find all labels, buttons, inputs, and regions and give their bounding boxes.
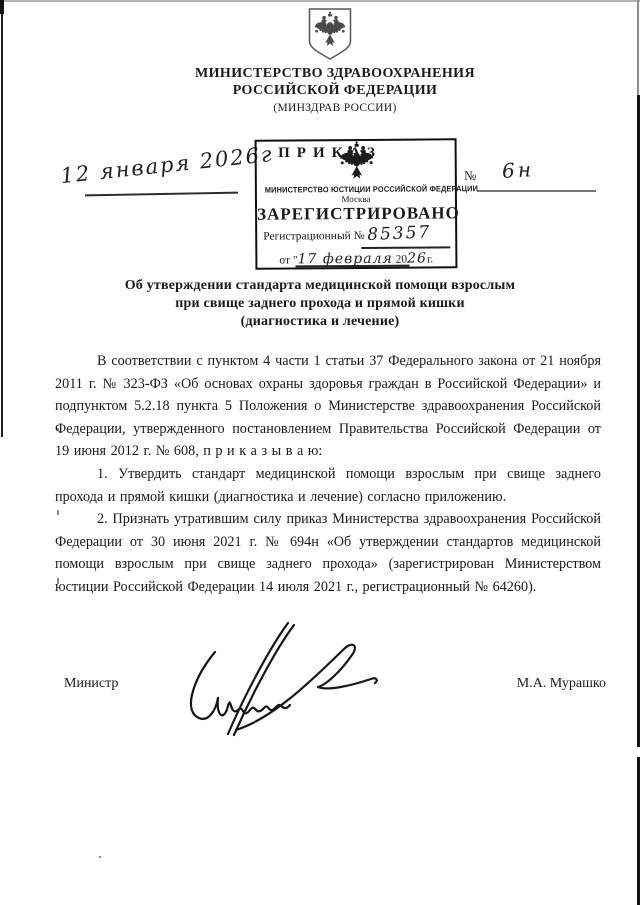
ministry-name-line1: МИНИСТЕРСТВО ЗДРАВООХРАНЕНИЯ: [35, 65, 635, 82]
document-title: Об утверждении стандарта медицинской пом…: [20, 277, 620, 331]
minister-name: М.А. Мурашко: [470, 676, 606, 692]
stamp-registered-label: ЗАРЕГИСТРИРОВАНО: [257, 203, 455, 224]
minister-post-label: Министр: [64, 676, 118, 692]
document-title-line2: при свище заднего прохода и прямой кишки: [20, 295, 620, 313]
stamp-date-handwritten: 17 февраля: [298, 251, 393, 268]
stamp-date-suffix: г.: [427, 253, 433, 265]
stamp-reg-number-handwritten: 85357: [367, 222, 432, 245]
minister-signature-scrawl: [175, 620, 405, 740]
stamp-date-year-printed: 20: [396, 254, 408, 266]
ministry-header: МИНИСТЕРСТВО ЗДРАВООХРАНЕНИЯ РОССИЙСКОЙ …: [35, 65, 635, 114]
document-title-line1: Об утверждении стандарта медицинской пом…: [20, 277, 620, 295]
handwritten-order-number: 6н: [501, 157, 534, 183]
scan-speck: [99, 856, 101, 858]
ministry-short-name: (МИНЗДРАВ РОССИИ): [35, 102, 635, 114]
order-number-underline: [477, 190, 596, 192]
justice-ministry-registration-stamp: МИНИСТЕРСТВО ЮСТИЦИИ РОССИЙСКОЙ ФЕДЕРАЦИ…: [255, 138, 458, 269]
body-paragraph-item2: 2. Признать утратившим силу приказ Минис…: [55, 508, 601, 598]
scan-edge-left: [1, 0, 3, 437]
body-paragraph-preamble: В соответствии с пунктом 4 части 1 стать…: [55, 350, 601, 463]
issue-date-underline: [85, 192, 238, 196]
stamp-date-prefix: от ": [279, 254, 297, 266]
scanned-order-page: МИНИСТЕРСТВО ЗДРАВООХРАНЕНИЯ РОССИЙСКОЙ …: [0, 0, 640, 905]
document-title-line3: (диагностика и лечение): [20, 313, 620, 331]
scan-edge-right-upper: [637, 0, 639, 95]
body-paragraph-item1: 1. Утвердить стандарт медицинской помощи…: [55, 463, 601, 508]
stamp-reg-number-underline: [361, 246, 450, 248]
stamp-date-line: от "17 февраля 2026г.: [279, 250, 433, 267]
scan-edge-corner: [0, 0, 4, 14]
stamp-date-year-handwritten: 26: [407, 251, 427, 267]
scan-edge-top: [0, 0, 640, 2]
stamp-reg-number-label: Регистрационный №: [263, 230, 365, 243]
coat-of-arms-icon: [305, 7, 355, 64]
order-body-text: В соответствии с пунктом 4 части 1 стать…: [55, 350, 601, 599]
ministry-name-line2: РОССИЙСКОЙ ФЕДЕРАЦИИ: [35, 82, 635, 99]
order-number-label: №: [464, 168, 476, 184]
stamp-eagle-icon: [338, 141, 376, 186]
